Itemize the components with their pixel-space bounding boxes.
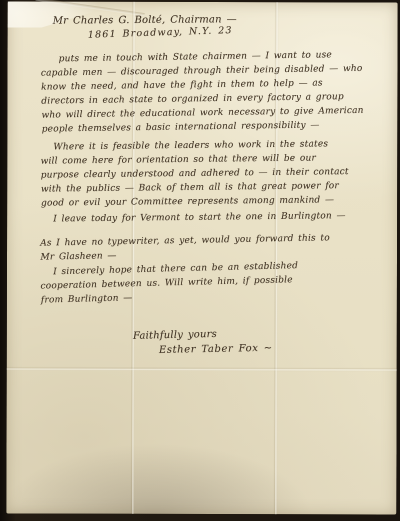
signature-line: Esther Taber Fox ~ bbox=[159, 342, 273, 358]
letter-paragraph-2: Where it is feasible the leaders who wor… bbox=[40, 137, 371, 211]
letter-photo: Mr Charles G. Bolté, Chairman — 1861 Bro… bbox=[0, 0, 400, 521]
letter-paragraph-5: I sincerely hope that there can be an es… bbox=[40, 257, 371, 307]
fold-crease-horizontal bbox=[7, 366, 397, 371]
closing-line: Faithfully yours bbox=[133, 328, 217, 344]
letter-paragraph-3: I leave today for Vermont to start the o… bbox=[40, 209, 370, 227]
letter-paragraph-1: puts me in touch with State chairmen — I… bbox=[41, 48, 372, 137]
letter-paper: Mr Charles G. Bolté, Chairman — 1861 Bro… bbox=[6, 1, 397, 514]
